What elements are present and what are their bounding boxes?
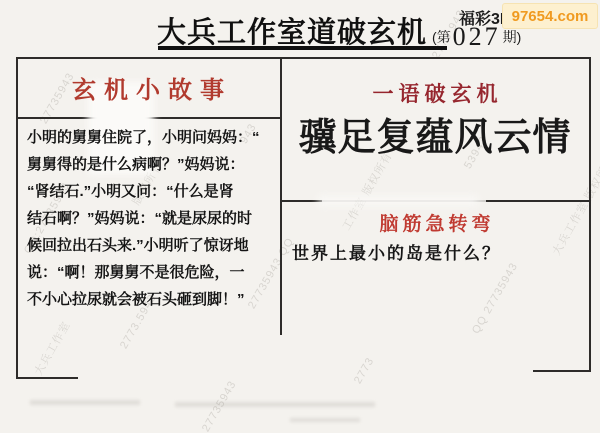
story-line: 舅舅得的是什么病啊？”妈妈说： [27,151,279,178]
story-line: 候回拉出石头来.”小明听了惊讶地 [27,232,279,259]
story-line: 不小心拉尿就会被石头砸到脚！” [27,286,279,313]
scan-smudge [175,402,375,407]
frame-bottom-left-corner [16,377,78,379]
issue-number-value: 027 [451,22,503,51]
story-line: 小明的舅舅住院了，小明问妈妈：“ [27,124,279,151]
brain-teaser-title: 脑筋急转弯 [281,209,589,236]
story-text: 小明的舅舅住院了，小明问妈妈：“ 舅舅得的是什么病啊？”妈妈说： “肾结石.”小… [27,124,279,313]
right-panel-divider-middle [322,200,486,202]
issue-suffix: 期) [503,29,522,45]
issue-prefix: (第 [432,29,451,45]
frame-top-border [16,57,591,59]
right-panel-divider-right [486,200,591,202]
brain-teaser-question: 世界上最小的岛是什么？ [292,239,501,264]
story-line: “肾结石.”小明又问：“什么是肾 [27,178,279,205]
title-underline [158,46,447,50]
scanned-lottery-flyer: 27735943 QQ:27735943 大兵工作室 版权所有 2773.594… [0,0,600,433]
frame-right-border [589,57,591,372]
watermark-text: 大兵工作室 版权所有 [548,153,600,258]
story-line: 结石啊？”妈妈说：“就是尿尿的时 [27,205,279,232]
scan-smudge [30,400,140,405]
left-panel-title-divider [16,117,282,119]
riddle-section-title: 一语破玄机 [281,78,589,108]
website-badge: 97654.com [502,3,598,29]
watermark-text: 大兵工作室 [30,318,74,378]
story-section-title: 玄机小故事 [16,70,280,105]
scan-smudge [290,418,360,422]
watermark-text: 2773 [352,355,377,386]
right-panel-divider-left [282,200,322,202]
story-line: 说：“啊！那舅舅不是很危险，一 [27,259,279,286]
page-title: 大兵工作室道破玄机 [157,10,427,51]
frame-bottom-right-corner [533,370,591,372]
frame-left-border [16,57,18,379]
riddle-phrase: 骥足复蕴风云情 [281,106,589,161]
watermark-text: QQ 27735943 [470,261,520,336]
